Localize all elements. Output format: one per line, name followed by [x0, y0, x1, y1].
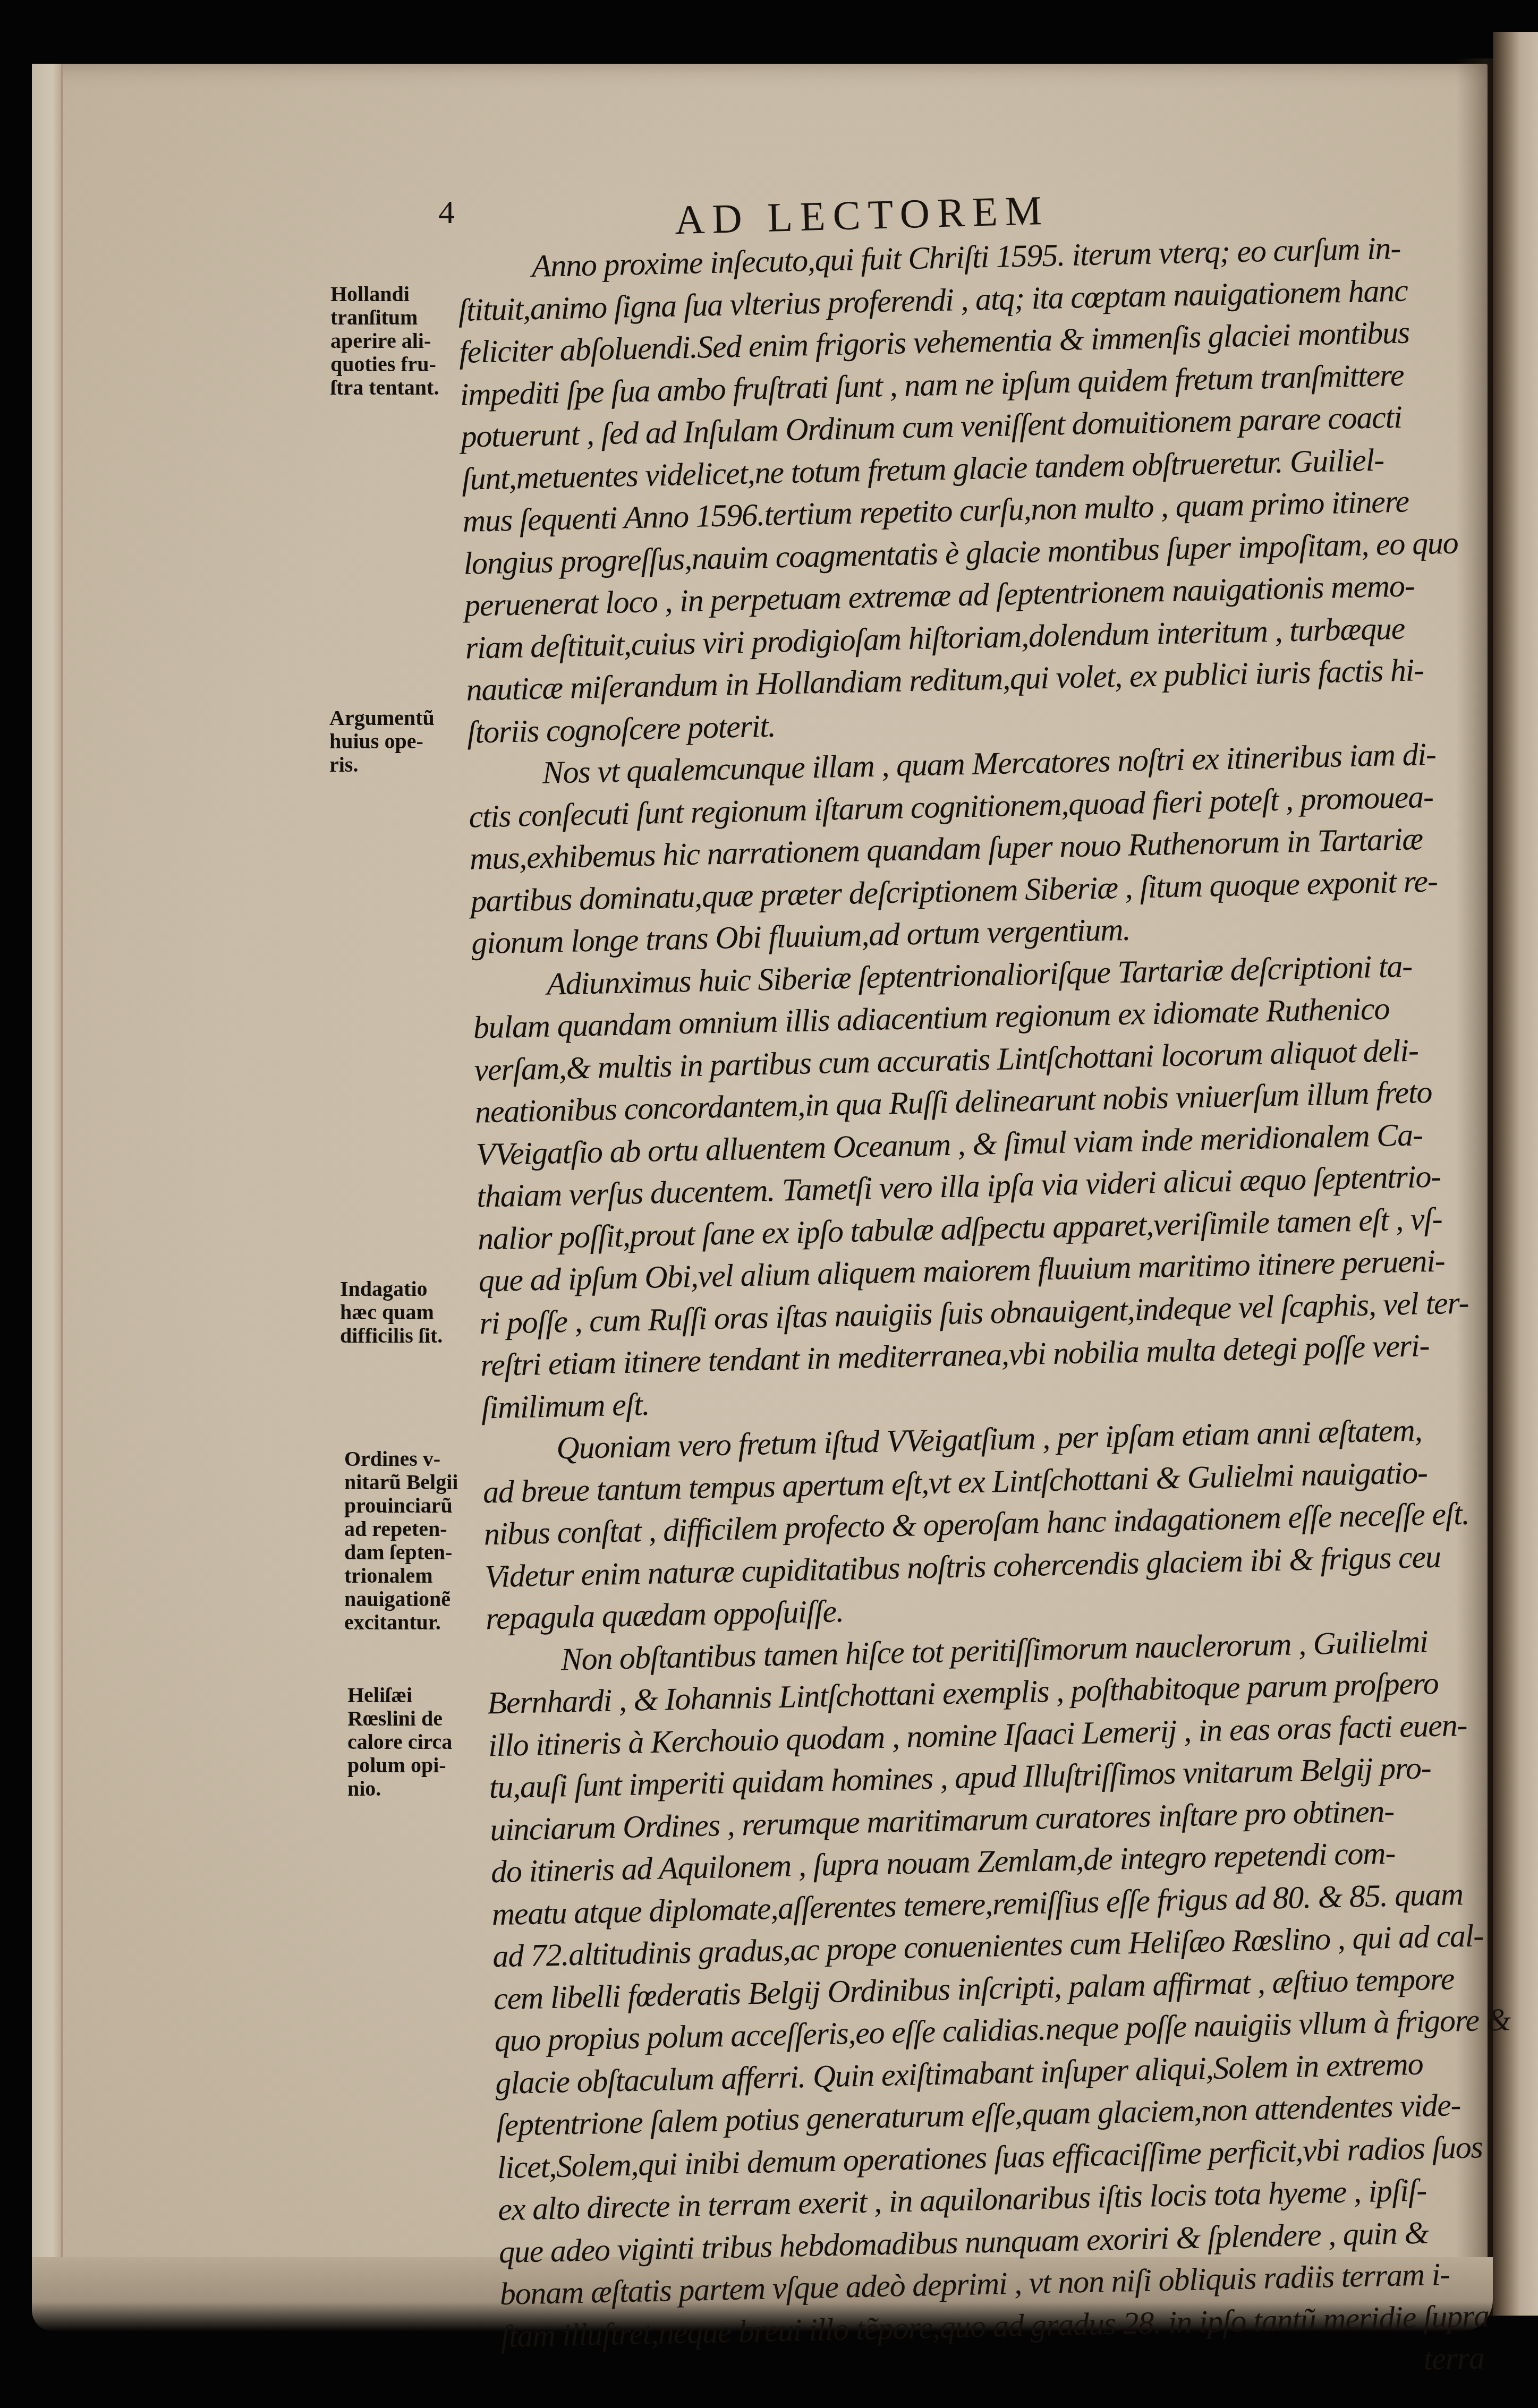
page-fold-edge: [32, 64, 63, 2268]
margin-note-ordines: Ordines v- nitarũ Belgii prouinciarũ ad …: [344, 1447, 482, 1634]
margin-note-hollandi: Hollandi tranſitum aperire ali- quoties …: [330, 283, 469, 399]
book-gutter: [1493, 32, 1538, 2316]
body-text: Anno proxime inſecuto,qui fuit Chriſti 1…: [457, 226, 1485, 2400]
margin-note-indagatio: Indagatio hæc quam difficilis ſit.: [340, 1277, 478, 1347]
page-number: 4: [438, 194, 455, 232]
margin-note-helisaei: Heliſæi Rœslini de calore circa polum op…: [347, 1684, 486, 1800]
margin-note-argumentum: Argumentũ huius ope- ris.: [329, 706, 468, 776]
